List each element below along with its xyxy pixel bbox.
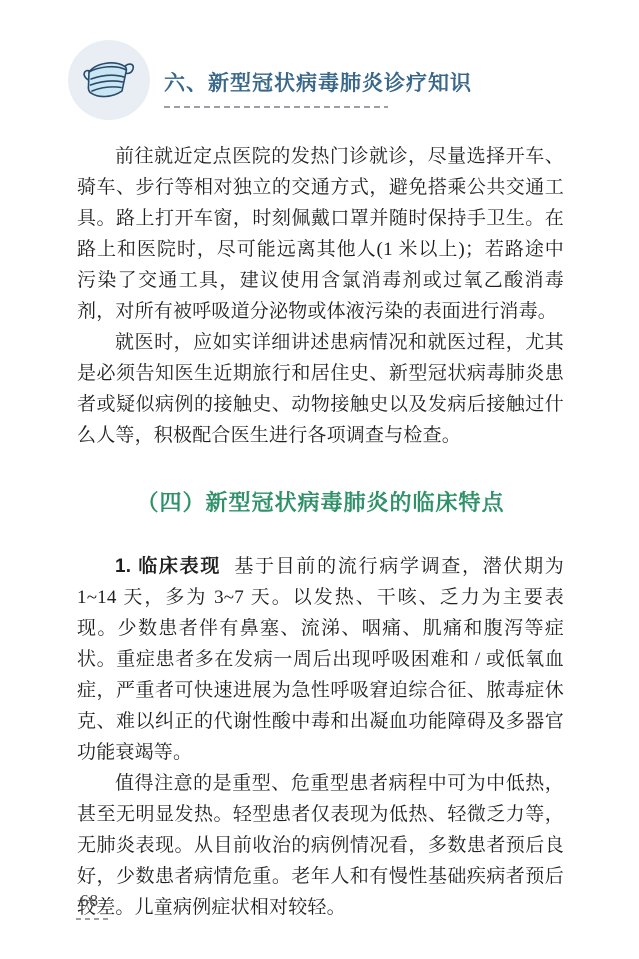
header-dashed-rule (164, 106, 388, 108)
paragraph-doctor-visit: 就医时，应如实详细讲述患病情况和就医过程，尤其是必须告知医生近期旅行和居住史、新… (77, 327, 564, 451)
face-mask-icon (68, 40, 150, 120)
footer-dashed-rule (76, 918, 112, 920)
clinical-item-text: 基于目前的流行病学调查，潜伏期为 1~14 天，多为 3~7 天。以发热、干咳、… (77, 556, 564, 763)
chapter-title-block: 六、新型冠状病毒肺炎诊疗知识 (164, 53, 472, 108)
paragraph-severity-note: 值得注意的是重型、危重型患者病程中可为中低热，甚至无明显发热。轻型患者仅表现为低… (77, 768, 564, 923)
page-body: 前往就近定点医院的发热门诊就诊，尽量选择开车、骑车、步行等相对独立的交通方式，避… (77, 141, 564, 923)
section-heading: （四）新型冠状病毒肺炎的临床特点 (77, 487, 564, 518)
book-page: 六、新型冠状病毒肺炎诊疗知识 前往就近定点医院的发热门诊就诊，尽量选择开车、骑车… (0, 0, 639, 959)
paragraph-transport-advice: 前往就近定点医院的发热门诊就诊，尽量选择开车、骑车、步行等相对独立的交通方式，避… (77, 141, 564, 327)
paragraph-clinical-manifestations: 1. 临床表现基于目前的流行病学调查，潜伏期为 1~14 天，多为 3~7 天。… (77, 551, 564, 768)
page-number: 68 (80, 891, 112, 911)
page-footer: 68 (80, 891, 112, 920)
chapter-header: 六、新型冠状病毒肺炎诊疗知识 (68, 40, 472, 120)
clinical-item-label: 1. 临床表现 (115, 556, 221, 577)
chapter-title: 六、新型冠状病毒肺炎诊疗知识 (164, 67, 472, 97)
